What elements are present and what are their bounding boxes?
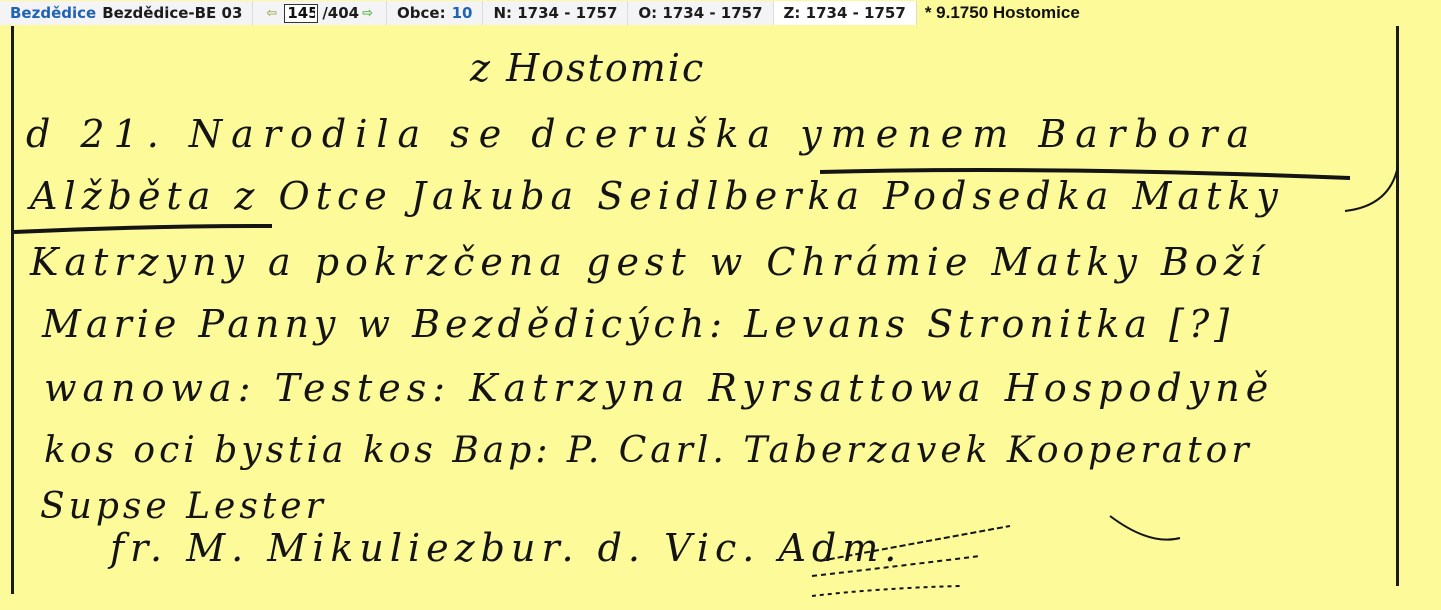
deaths-range-cell: Z: 1734 - 1757 bbox=[774, 1, 917, 25]
page-number-input[interactable] bbox=[284, 4, 318, 23]
record-info: * 9.1750 Hostomice bbox=[917, 3, 1080, 23]
total-pages: /404 bbox=[322, 4, 359, 22]
viewer-toolbar: Bezdědice Bezdědice-BE 03 ⇦ /404 ⇨ Obce:… bbox=[0, 0, 1441, 26]
book-name: Bezdědice-BE 03 bbox=[102, 4, 242, 22]
obce-count-link[interactable]: 10 bbox=[452, 4, 473, 22]
ink-strokes bbox=[0, 26, 1441, 610]
arrow-right-icon[interactable]: ⇨ bbox=[362, 6, 373, 21]
parish-link[interactable]: Bezdědice bbox=[10, 4, 96, 22]
births-range: N: 1734 - 1757 bbox=[493, 4, 617, 22]
obce-cell: Obce: 10 bbox=[387, 1, 483, 25]
marriages-range: O: 1734 - 1757 bbox=[638, 4, 762, 22]
parish-cell: Bezdědice Bezdědice-BE 03 bbox=[0, 1, 253, 25]
marriages-range-cell: O: 1734 - 1757 bbox=[628, 1, 773, 25]
pager-cell: ⇦ /404 ⇨ bbox=[253, 1, 387, 25]
births-range-cell: N: 1734 - 1757 bbox=[483, 1, 628, 25]
obce-label: Obce: bbox=[397, 4, 446, 22]
deaths-range: Z: 1734 - 1757 bbox=[784, 4, 906, 22]
register-scan-image[interactable]: z Hostomic d 21. Narodila se dceruška ym… bbox=[0, 26, 1441, 610]
arrow-left-icon[interactable]: ⇦ bbox=[266, 6, 277, 21]
